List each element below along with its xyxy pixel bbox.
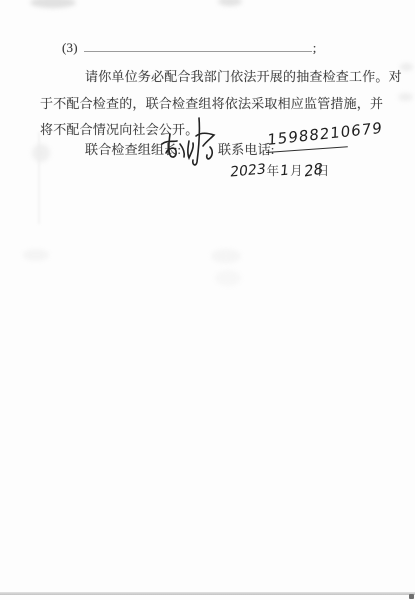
handwritten-signature <box>158 114 222 172</box>
date-month-unit: 月 <box>290 161 303 179</box>
scanned-document-page: (3); 请你单位务必配合我部门依法开展的抽查检查工作。对 于不配合检查的，联合… <box>0 0 415 600</box>
date-year-unit: 年 <box>267 161 280 179</box>
body-text-line-2: 于不配合检查的，联合检查组将依法采取相应监管措施，并 <box>40 93 383 112</box>
item-3-semicolon: ; <box>313 40 317 55</box>
body-text-line-1: 请你单位务必配合我部门依法开展的抽查检查工作。对 <box>85 66 402 85</box>
date-year-handwritten: 2023 <box>229 161 266 180</box>
item-3-blank-underline <box>84 40 312 52</box>
date-line: 2023年1月28日 <box>230 161 330 180</box>
scan-page-bottom-edge <box>0 592 415 595</box>
scan-artifact-right-2 <box>398 93 413 101</box>
item-3-label: (3) <box>62 40 78 55</box>
scan-artifact-top-middle <box>218 0 242 6</box>
scan-artifact-ghost-2 <box>211 249 241 263</box>
scan-artifact-left-streak <box>38 132 40 224</box>
scan-artifact-left-squiggle <box>32 144 50 162</box>
item-3-line: (3); <box>62 40 317 56</box>
scan-artifact-top-left <box>30 0 76 8</box>
date-day-handwritten: 28 <box>303 159 323 180</box>
date-month-handwritten: 1 <box>279 163 289 180</box>
scan-artifact-bottom-right-speck <box>409 594 414 599</box>
scan-artifact-ghost-1 <box>23 249 49 261</box>
scan-artifact-ghost-3 <box>215 270 241 286</box>
